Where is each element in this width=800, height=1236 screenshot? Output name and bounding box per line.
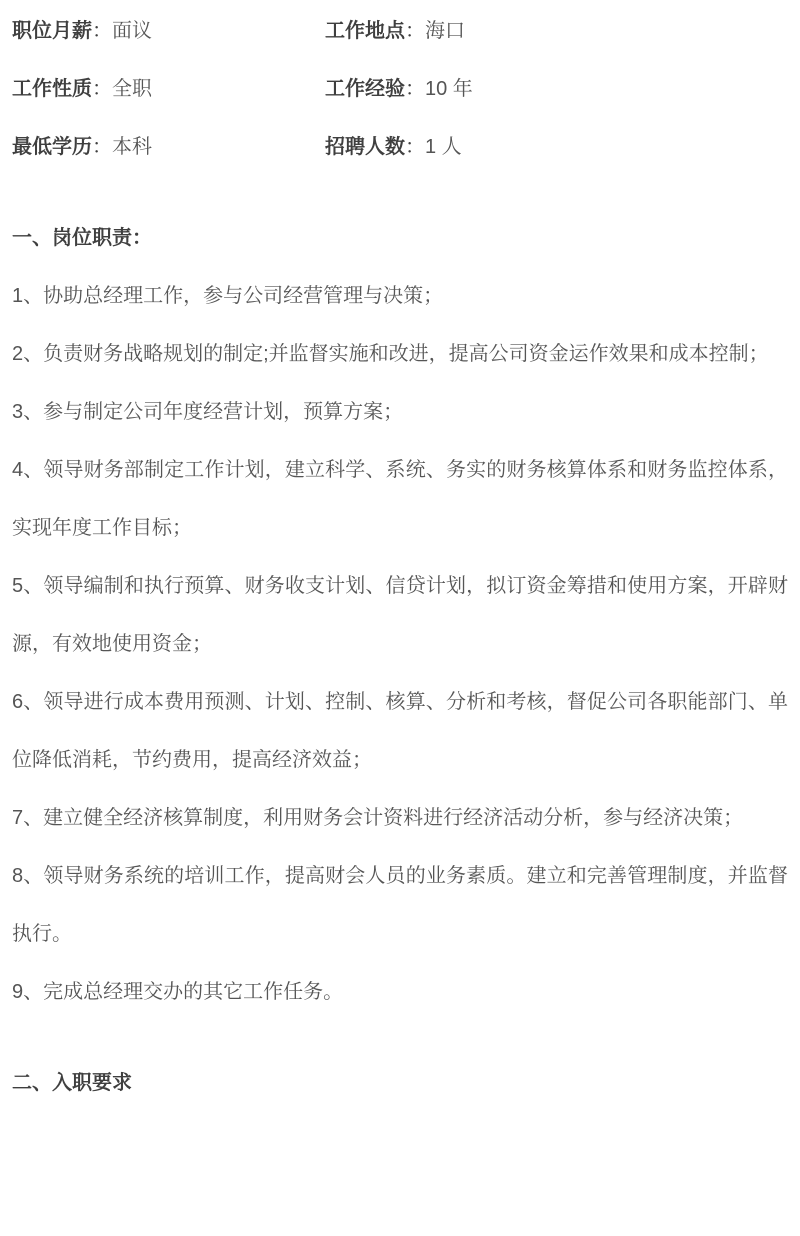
- info-item-education: 最低学历：本科: [12, 118, 325, 176]
- responsibility-item-3: 3、参与制定公司年度经营计划，预算方案；: [12, 383, 788, 441]
- info-item-job-type: 工作性质：全职: [12, 60, 325, 118]
- info-label-headcount: 招聘人数: [325, 136, 405, 158]
- job-info-row: 最低学历：本科 招聘人数：1 人: [12, 118, 788, 176]
- job-description-document: 职位月薪：面议 工作地点：海口 工作性质：全职 工作经验：10 年 最低学历：本…: [0, 0, 800, 1236]
- info-colon: ：: [92, 136, 112, 158]
- job-info-grid: 职位月薪：面议 工作地点：海口 工作性质：全职 工作经验：10 年 最低学历：本…: [12, 2, 788, 176]
- info-item-headcount: 招聘人数：1 人: [325, 118, 788, 176]
- responsibility-item-7: 7、建立健全经济核算制度，利用财务会计资料进行经济活动分析，参与经济决策；: [12, 789, 788, 847]
- responsibility-item-9: 9、完成总经理交办的其它工作任务。: [12, 963, 788, 1021]
- responsibility-item-2: 2、负责财务战略规划的制定;并监督实施和改进，提高公司资金运作效果和成本控制；: [12, 325, 788, 383]
- job-info-row: 工作性质：全职 工作经验：10 年: [12, 60, 788, 118]
- info-item-salary: 职位月薪：面议: [12, 2, 325, 60]
- section-heading-requirements: 二、入职要求: [12, 1054, 788, 1112]
- info-value-experience: 10 年: [425, 78, 473, 100]
- info-item-location: 工作地点：海口: [325, 2, 788, 60]
- info-label-experience: 工作经验: [325, 78, 405, 100]
- info-colon: ：: [405, 20, 425, 42]
- responsibility-item-5: 5、领导编制和执行预算、财务收支计划、信贷计划，拟订资金筹措和使用方案，开辟财源…: [12, 557, 788, 673]
- responsibility-item-8: 8、领导财务系统的培训工作，提高财会人员的业务素质。建立和完善管理制度，并监督执…: [12, 847, 788, 963]
- info-value-location: 海口: [425, 20, 465, 42]
- info-label-salary: 职位月薪: [12, 20, 92, 42]
- info-value-education: 本科: [112, 136, 152, 158]
- responsibility-item-1: 1、协助总经理工作，参与公司经营管理与决策；: [12, 267, 788, 325]
- info-colon: ：: [405, 136, 425, 158]
- info-item-experience: 工作经验：10 年: [325, 60, 788, 118]
- responsibility-item-4: 4、领导财务部制定工作计划，建立科学、系统、务实的财务核算体系和财务监控体系，实…: [12, 441, 788, 557]
- section-responsibilities: 一、岗位职责： 1、协助总经理工作，参与公司经营管理与决策； 2、负责财务战略规…: [12, 209, 788, 1021]
- responsibility-item-6: 6、领导进行成本费用预测、计划、控制、核算、分析和考核，督促公司各职能部门、单位…: [12, 673, 788, 789]
- job-info-row: 职位月薪：面议 工作地点：海口: [12, 2, 788, 60]
- section-requirements: 二、入职要求: [12, 1054, 788, 1112]
- info-value-headcount: 1 人: [425, 136, 462, 158]
- section-heading-responsibilities: 一、岗位职责：: [12, 209, 788, 267]
- info-colon: ：: [92, 78, 112, 100]
- info-label-education: 最低学历: [12, 136, 92, 158]
- info-value-job-type: 全职: [112, 78, 152, 100]
- info-value-salary: 面议: [112, 20, 152, 42]
- info-label-job-type: 工作性质: [12, 78, 92, 100]
- info-label-location: 工作地点: [325, 20, 405, 42]
- info-colon: ：: [405, 78, 425, 100]
- info-colon: ：: [92, 20, 112, 42]
